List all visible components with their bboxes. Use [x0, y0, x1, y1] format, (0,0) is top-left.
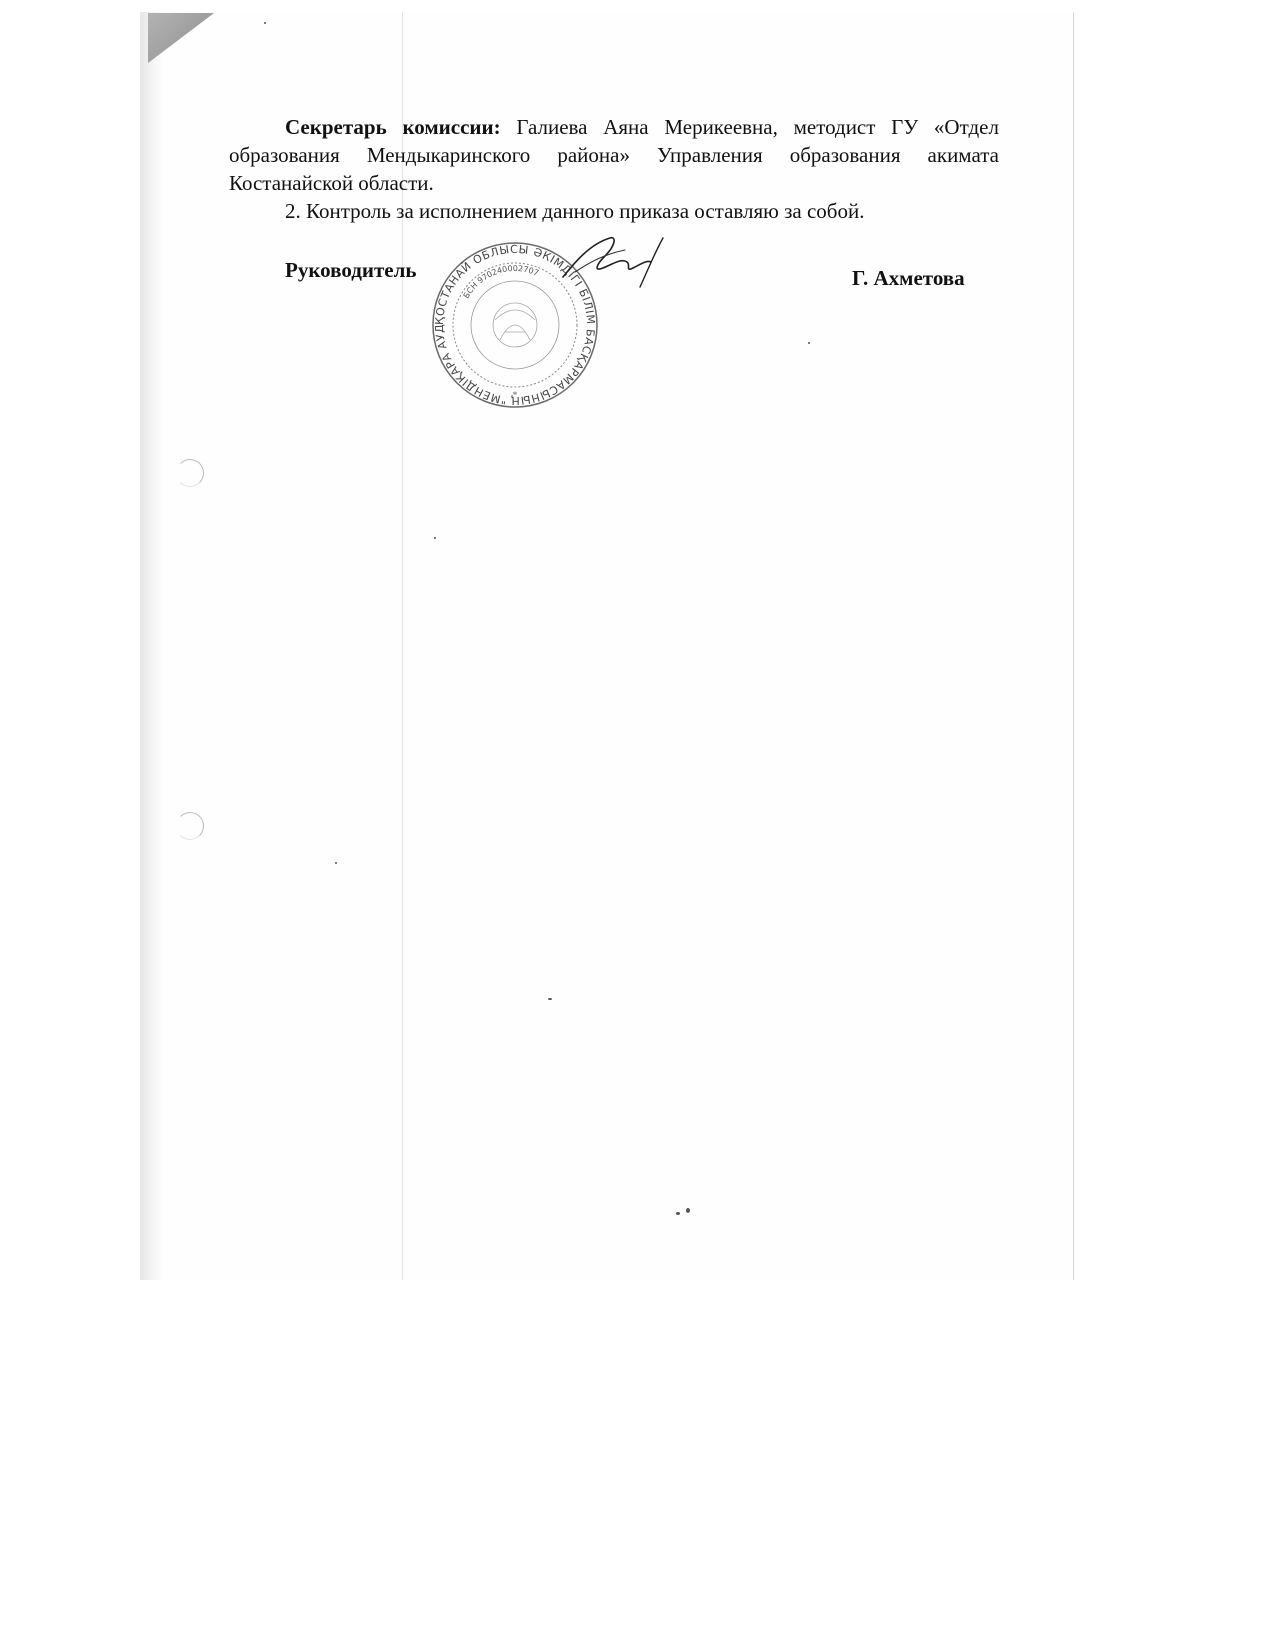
svg-text:*: * — [513, 390, 518, 400]
document-body: Секретарь комиссии: Галиева Аяна Мерикее… — [229, 113, 999, 225]
scan-speck — [434, 537, 436, 539]
scan-speck — [676, 1212, 680, 1215]
scan-right-border — [1073, 12, 1074, 1280]
punch-hole-bottom — [176, 812, 204, 840]
punch-hole-top — [176, 459, 204, 487]
handwritten-signature-icon — [555, 232, 670, 292]
secretary-label: Секретарь комиссии: — [285, 115, 501, 139]
secretary-paragraph: Секретарь комиссии: Галиева Аяна Мерикее… — [229, 113, 999, 197]
scan-speck — [686, 1208, 690, 1213]
scan-edge-shadow — [140, 12, 164, 1280]
scan-speck — [808, 342, 810, 344]
scan-speck — [335, 862, 337, 864]
signatory-title: Руководитель — [285, 258, 416, 283]
signatory-name: Г. Ахметова — [852, 266, 965, 291]
scan-speck — [264, 22, 266, 24]
numbered-item-2: 2. Контроль за исполнением данного прика… — [229, 197, 999, 225]
scan-speck — [548, 998, 552, 1000]
